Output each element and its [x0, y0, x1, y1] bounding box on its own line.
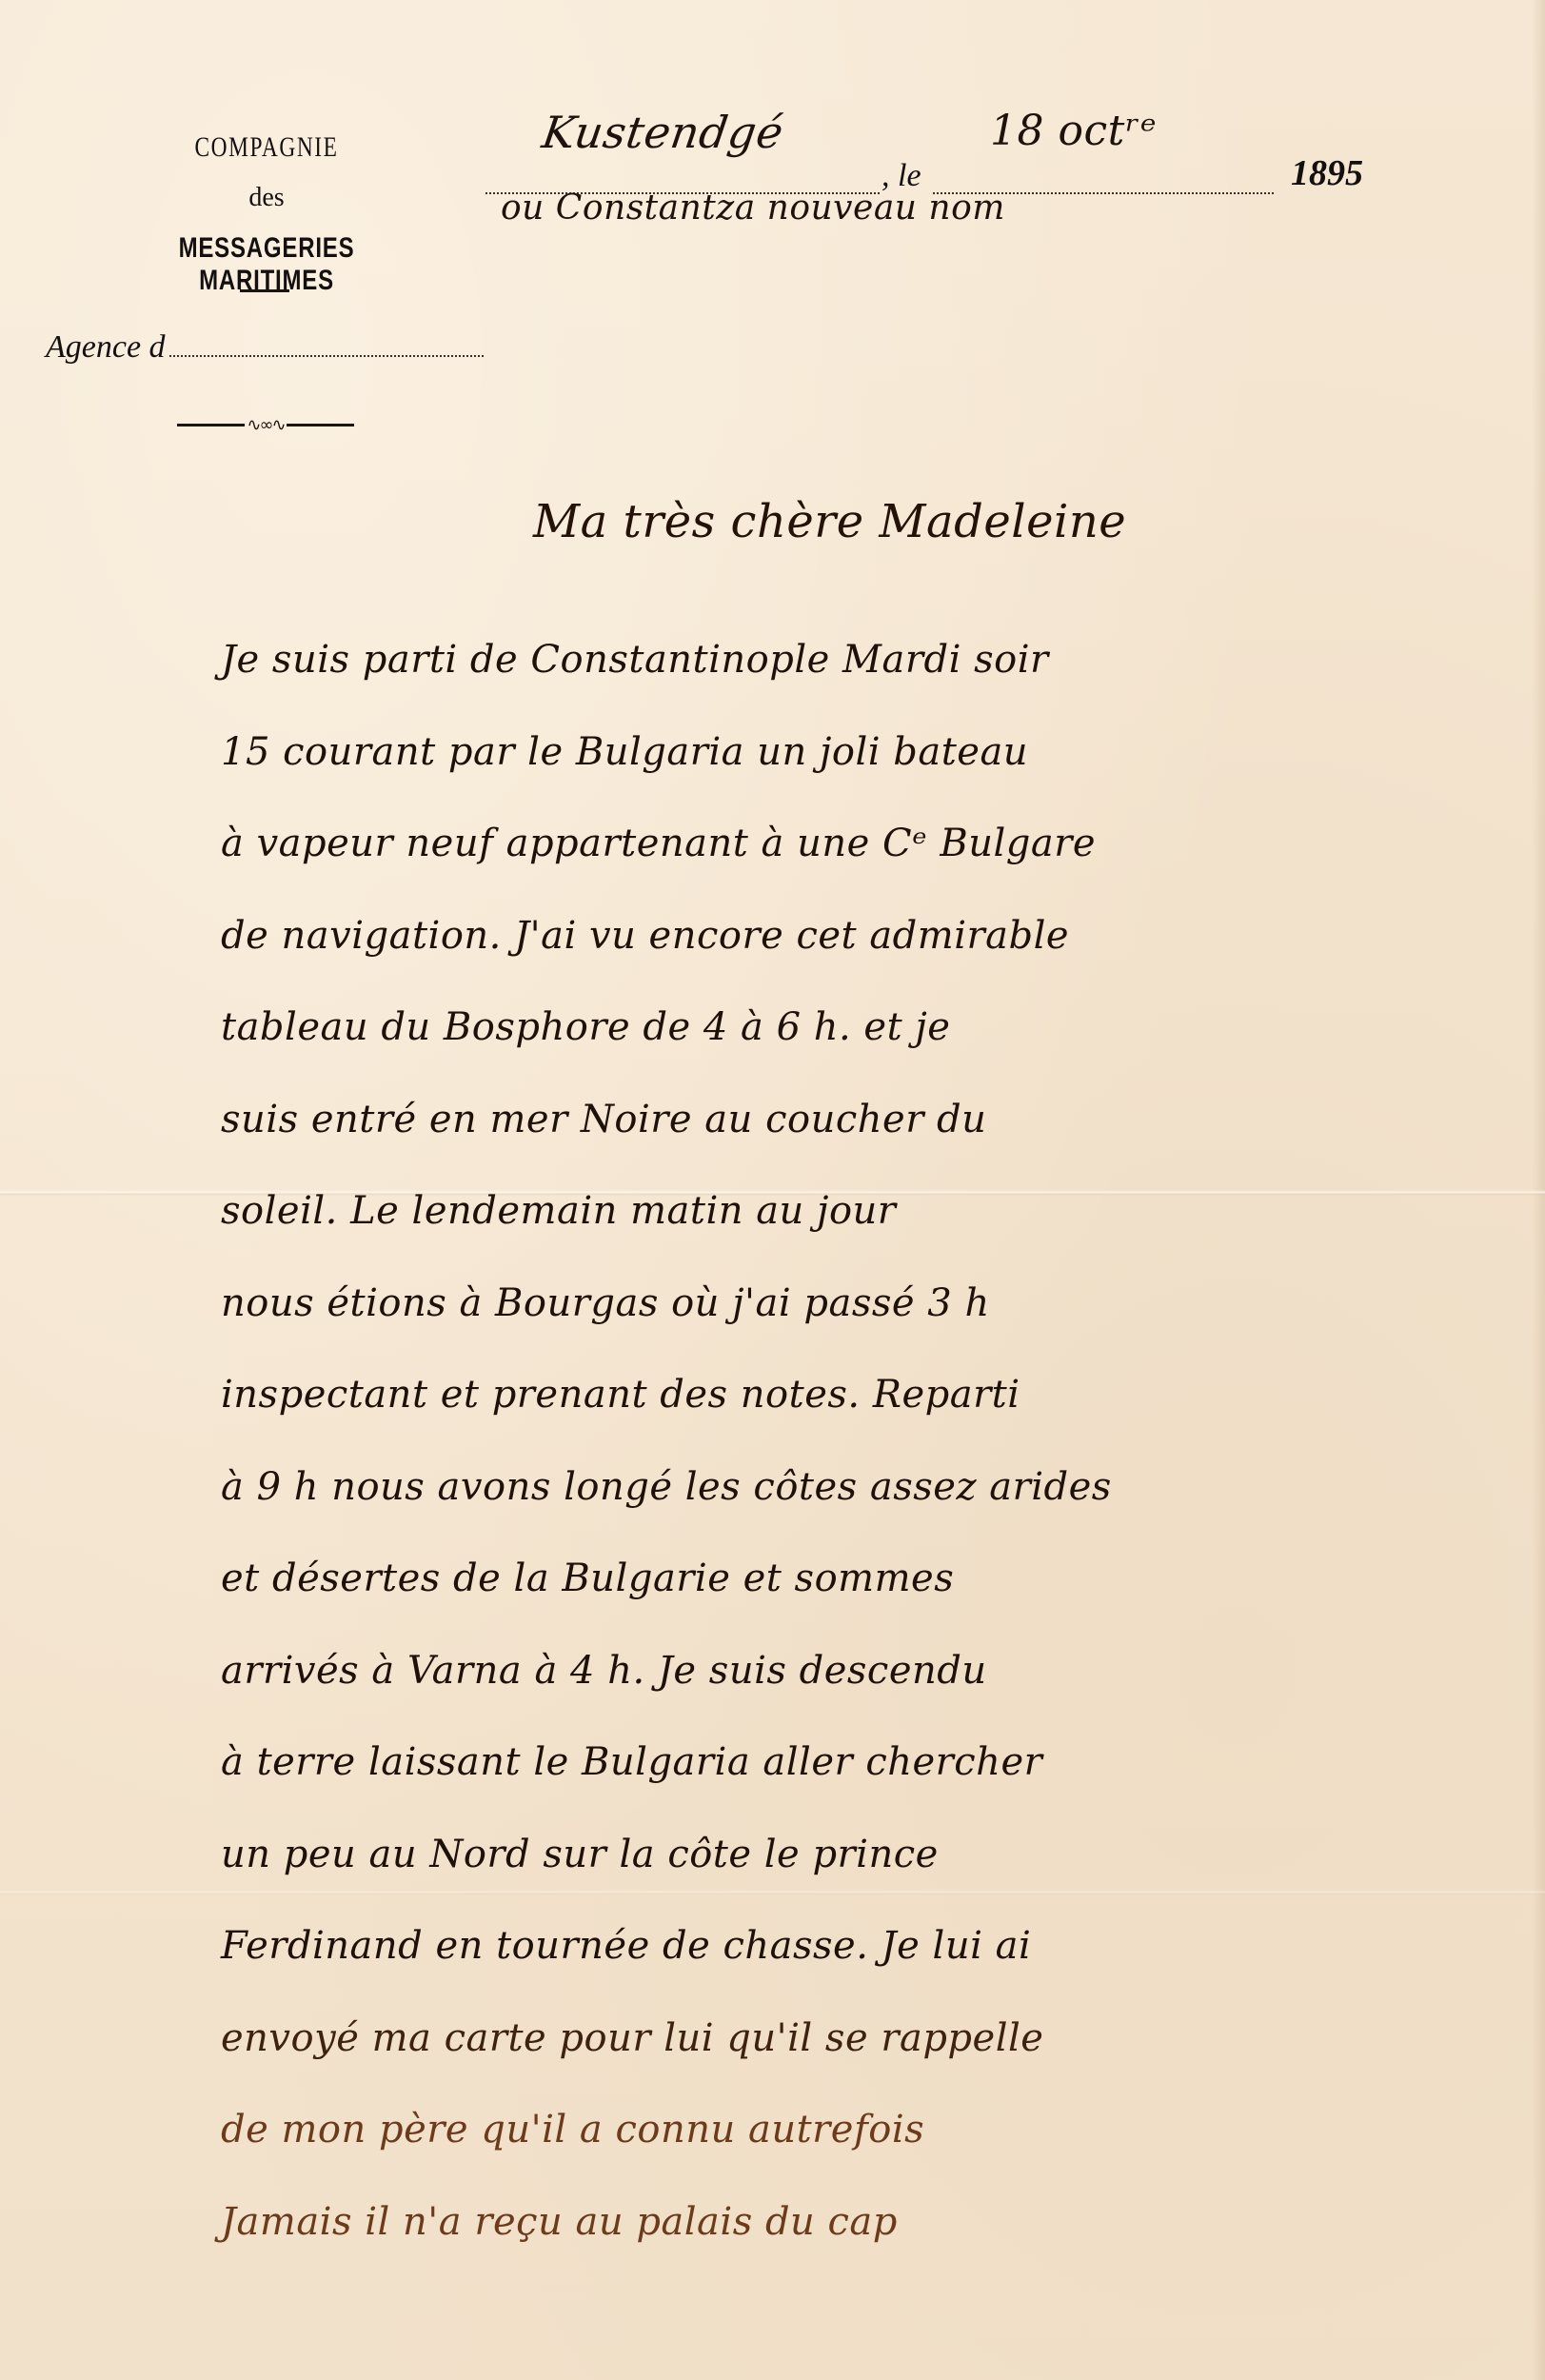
ornament-flourish-icon: ∿∞∿ — [245, 415, 286, 435]
letter-line: un peu au Nord sur la côte le prince — [221, 1809, 1487, 1901]
handwritten-date: 18 octʳᵉ — [990, 107, 1157, 155]
company-name-line2: des — [86, 183, 447, 213]
agency-label: Agence d — [46, 329, 166, 366]
letter-line: à terre laissant le Bulgaria aller cherc… — [221, 1716, 1487, 1809]
letter-line: arrivés à Varna à 4 h. Je suis descendu — [221, 1625, 1487, 1717]
letter-line: inspectant et prenant des notes. Reparti — [221, 1349, 1487, 1441]
letter-line: suis entré en mer Noire au coucher du — [221, 1074, 1487, 1166]
agency-dotted-line — [169, 355, 484, 357]
agency-field: Agence d — [46, 329, 484, 366]
company-name-line3: MESSAGERIES MARITIMES — [122, 232, 411, 297]
letter-line: tableau du Bosphore de 4 à 6 h. et je — [221, 982, 1487, 1074]
company-name-line1: COMPAGNIE — [126, 131, 407, 164]
letter-line: Ferdinand en tournée de chasse. Je lui a… — [221, 1900, 1487, 1993]
letter-line: soleil. Le lendemain matin au jour — [221, 1165, 1487, 1258]
letter-line: à 9 h nous avons longé les côtes assez a… — [221, 1441, 1487, 1534]
letter-line: 15 courant par le Bulgaria un joli batea… — [221, 706, 1487, 799]
letter-line: Je suis parti de Constantinople Mardi so… — [221, 614, 1487, 706]
letter-line: nous étions à Bourgas où j'ai passé 3 h — [221, 1258, 1487, 1350]
letter-line: de navigation. J'ai vu encore cet admira… — [221, 890, 1487, 982]
place-note: ou Constantza nouveau nom — [501, 188, 1005, 228]
letter-body: Je suis parti de Constantinople Mardi so… — [221, 614, 1487, 2268]
company-letterhead: COMPAGNIE des MESSAGERIES MARITIMES — [86, 131, 447, 297]
letterhead-rule — [240, 289, 289, 292]
ornament-divider: ∿∞∿ — [177, 415, 354, 434]
letter-line: envoyé ma carte pour lui qu'il se rappel… — [221, 1993, 1487, 2085]
letter-line: et désertes de la Bulgarie et sommes — [221, 1533, 1487, 1625]
year: 1895 — [1291, 152, 1363, 194]
salutation: Ma très chère Madeleine — [533, 495, 1126, 548]
letter-line: à vapeur neuf appartenant à une Cᵉ Bulga… — [221, 798, 1487, 890]
letter-line: de mon père qu'il a connu autrefois — [221, 2084, 1487, 2176]
letter-line: Jamais il n'a reçu au palais du cap — [221, 2176, 1487, 2269]
handwritten-place: Kustendgé — [539, 107, 786, 158]
